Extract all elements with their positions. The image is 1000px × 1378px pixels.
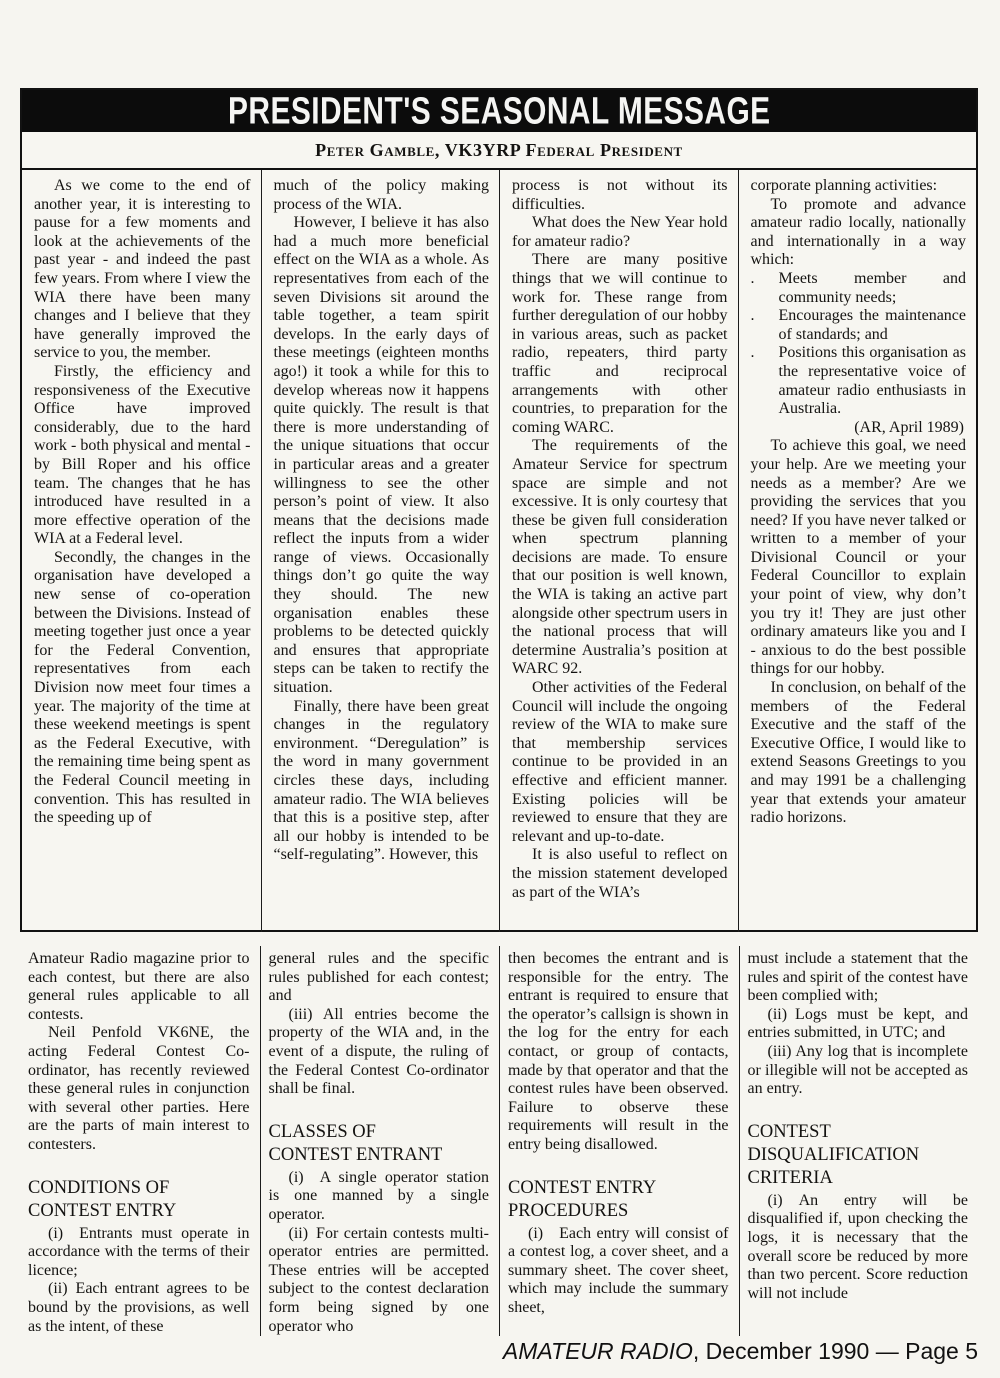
paragraph: (i) An entry will be disqualified if, up… — [748, 1192, 969, 1304]
paragraph: then becomes the entrant and is responsi… — [508, 950, 729, 1155]
paragraph: Neil Penfold VK6NE, the acting Federal C… — [28, 1024, 250, 1154]
article-title: PRESIDENT'S SEASONAL MESSAGE — [228, 89, 771, 133]
paragraph: It is also useful to reflect on the miss… — [512, 846, 728, 902]
section-heading: CONDITIONS OF CONTEST ENTRY — [28, 1177, 250, 1223]
paragraph: (i) Entrants must operate in accordance … — [28, 1225, 250, 1281]
bullet-item: .Encourages the maintenance of standards… — [751, 307, 967, 344]
paragraph: To promote and advance amateur radio loc… — [751, 196, 967, 270]
bullet-marker: . — [751, 270, 779, 307]
paragraph: (i) Each entry will consist of a contest… — [508, 1225, 729, 1318]
paragraph: much of the policy making process of the… — [274, 177, 490, 214]
paragraph: corporate planning activities: — [751, 177, 967, 196]
paragraph: Secondly, the changes in the organisatio… — [34, 549, 251, 828]
paragraph: must include a statement that the rules … — [748, 950, 969, 1006]
section-heading: CLASSES OF CONTEST ENTRANT — [269, 1121, 490, 1167]
bullet-text: Positions this organisation as the repre… — [779, 344, 967, 418]
bullet-marker: . — [751, 307, 779, 344]
paragraph: What does the New Year hold for amateur … — [512, 214, 728, 251]
attribution: (AR, April 1989) — [751, 419, 967, 438]
article-column: much of the policy making process of the… — [261, 170, 500, 932]
president-message-box: PRESIDENT'S SEASONAL MESSAGE Peter Gambl… — [20, 88, 978, 932]
article-column: corporate planning activities:To promote… — [738, 170, 977, 932]
bullet-text: Meets member and community needs; — [779, 270, 967, 307]
paragraph: Amateur Radio magazine prior to each con… — [28, 950, 250, 1024]
paragraph: Other activities of the Federal Council … — [512, 679, 728, 846]
contest-article-columns: Amateur Radio magazine prior to each con… — [20, 946, 978, 1336]
section-heading: CONTEST DISQUALIFICATION CRITERIA — [748, 1121, 969, 1190]
paragraph: (i) A single operator station is one man… — [269, 1169, 490, 1225]
paragraph: general rules and the specific rules pub… — [269, 950, 490, 1006]
paragraph: (iii) Any log that is incomplete or ille… — [748, 1043, 969, 1099]
magazine-page: PRESIDENT'S SEASONAL MESSAGE Peter Gambl… — [0, 0, 1000, 1378]
paragraph: Firstly, the efficiency and responsivene… — [34, 363, 251, 549]
president-article-columns: As we come to the end of another year, i… — [22, 170, 976, 932]
bullet-item: .Positions this organisation as the repr… — [751, 344, 967, 418]
paragraph: To achieve this goal, we need your help.… — [751, 437, 967, 679]
paragraph: process is not without its difficulties. — [512, 177, 728, 214]
paragraph: However, I believe it has also had a muc… — [274, 214, 490, 697]
paragraph: (ii) Each entrant agrees to be bound by … — [28, 1280, 250, 1336]
bullet-text: Encourages the maintenance of standards;… — [779, 307, 967, 344]
footer-magazine-title: AMATEUR RADIO — [503, 1338, 693, 1364]
paragraph: In conclusion, on behalf of the members … — [751, 679, 967, 828]
footer-issue-info: , December 1990 — Page 5 — [693, 1338, 978, 1364]
article-title-bar: PRESIDENT'S SEASONAL MESSAGE — [22, 90, 976, 132]
paragraph: As we come to the end of another year, i… — [34, 177, 251, 363]
article-column: then becomes the entrant and is responsi… — [499, 946, 739, 1336]
section-heading: CONTEST ENTRY PROCEDURES — [508, 1177, 729, 1223]
bullet-item: .Meets member and community needs; — [751, 270, 967, 307]
article-column: general rules and the specific rules pub… — [260, 946, 500, 1336]
article-column: Amateur Radio magazine prior to each con… — [20, 946, 260, 1336]
paragraph: There are many positive things that we w… — [512, 251, 728, 437]
bullet-marker: . — [751, 344, 779, 418]
paragraph: Finally, there have been great changes i… — [274, 698, 490, 865]
paragraph: (ii) For certain contests multi-operator… — [269, 1225, 490, 1336]
paragraph: The requirements of the Amateur Service … — [512, 437, 728, 679]
page-footer: AMATEUR RADIO, December 1990 — Page 5 — [503, 1338, 978, 1365]
paragraph: (ii) Logs must be kept, and entries subm… — [748, 1006, 969, 1043]
article-column: As we come to the end of another year, i… — [22, 170, 261, 932]
paragraph: (iii) All entries become the property of… — [269, 1006, 490, 1099]
article-byline: Peter Gamble, VK3YRP Federal President — [22, 132, 976, 170]
article-column: process is not without its difficulties.… — [499, 170, 738, 932]
article-column: must include a statement that the rules … — [739, 946, 979, 1336]
